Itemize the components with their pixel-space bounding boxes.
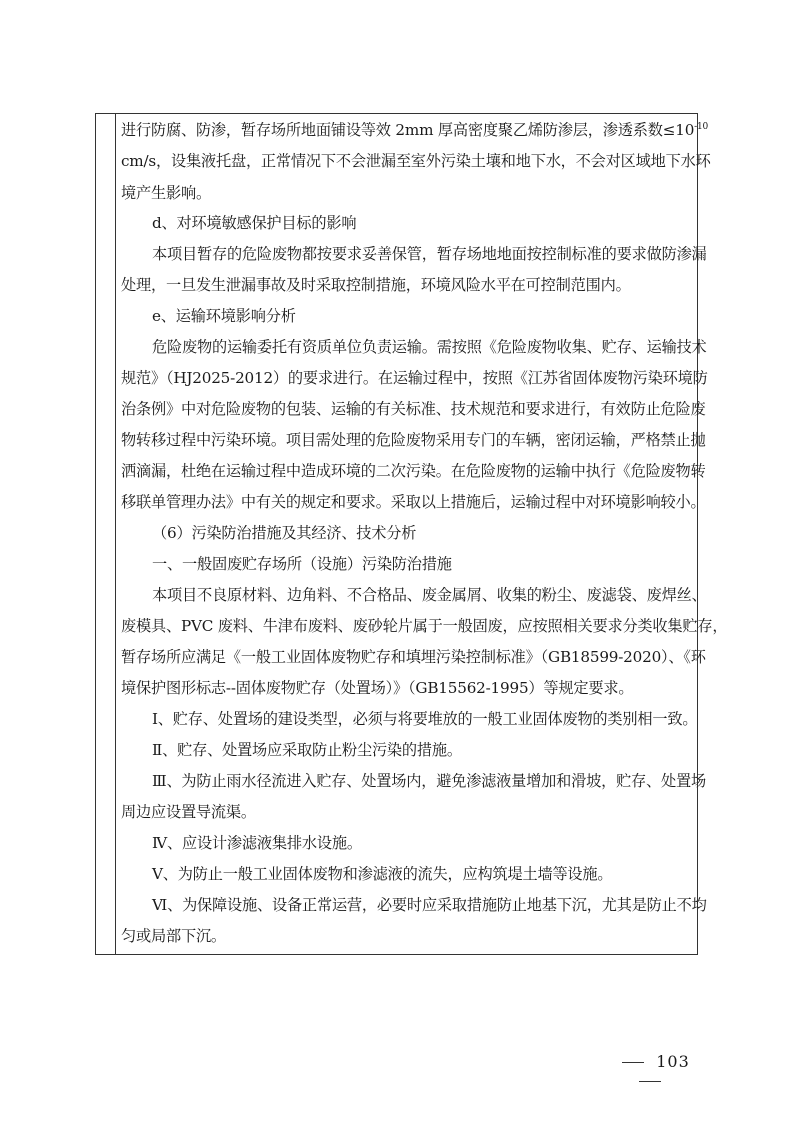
text-line: 境保护图形标志--固体废物贮存（处置场）》（GB15562-1995）等规定要求…	[121, 678, 689, 698]
list-item-4: Ⅳ、应设计渗滤液集排水设施。	[121, 833, 689, 853]
list-item-1: Ⅰ、贮存、处置场的建设类型，必须与将要堆放的一般工业固体废物的类别相一致。	[121, 709, 689, 729]
section-heading-6: （6）污染防治措施及其经济、技术分析	[121, 523, 689, 543]
table-left-column	[96, 114, 116, 954]
text-line: 洒滴漏，杜绝在运输过程中造成环境的二次污染。在危险废物的运输中执行《危险废物转	[121, 461, 689, 481]
page-number-value: 103	[656, 1052, 690, 1071]
list-item-6: Ⅵ、为保障设施、设备正常运营，必要时应采取措施防止地基下沉，尤其是防止不均	[121, 895, 689, 915]
list-item-3: Ⅲ、为防止雨水径流进入贮存、处置场内，避免渗滤液量增加和滑坡，贮存、处置场	[121, 771, 689, 791]
content-table: 进行防腐、防渗，暂存场所地面铺设等效 2mm 厚高密度聚乙烯防渗层，渗透系数≤1…	[95, 113, 698, 955]
text-line: 匀或局部下沉。	[121, 926, 689, 946]
text-line: 暂存场所应满足《一般工业固体废物贮存和填埋污染控制标准》（GB18599-202…	[121, 647, 689, 667]
text-line: 本项目暂存的危险废物都按要求妥善保管，暂存场地地面按控制标准的要求做防渗漏	[121, 244, 689, 264]
text-line: 进行防腐、防渗，暂存场所地面铺设等效 2mm 厚高密度聚乙烯防渗层，渗透系数≤1…	[121, 120, 689, 140]
text-line: 治条例》中对危险废物的包装、运输的有关标准、技术规范和要求进行，有效防止危险废	[121, 399, 689, 419]
text-line: 危险废物的运输委托有资质单位负责运输。需按照《危险废物收集、贮存、运输技术	[121, 337, 689, 357]
section-heading-d: d、对环境敏感保护目标的影响	[121, 213, 689, 233]
text-line: cm/s，设集液托盘，正常情况下不会泄漏至室外污染土壤和地下水，不会对区域地下水…	[121, 151, 689, 171]
text-line: 废模具、PVC 废料、牛津布废料、废砂轮片属于一般固废，应按照相关要求分类收集贮…	[121, 616, 689, 636]
page-number: 103	[600, 1052, 700, 1090]
dash-right	[639, 1081, 661, 1082]
subsection-heading: 一、一般固废贮存场所（设施）污染防治措施	[121, 554, 689, 574]
text-line: 移联单管理办法》中有关的规定和要求。采取以上措施后，运输过程中对环境影响较小。	[121, 492, 689, 512]
list-item-5: Ⅴ、为防止一般工业固体废物和渗滤液的流失，应构筑堤土墙等设施。	[121, 864, 689, 884]
text-line: 规范》（HJ2025-2012）的要求进行。在运输过程中，按照《江苏省固体废物污…	[121, 368, 689, 388]
text-line: 物转移过程中污染环境。项目需处理的危险废物采用专门的车辆，密闭运输，严格禁止抛	[121, 430, 689, 450]
text-line: 境产生影响。	[121, 183, 689, 203]
text-line: 处理，一旦发生泄漏事故及时采取控制措施，环境风险水平在可控制范围内。	[121, 275, 689, 295]
list-item-2: Ⅱ、贮存、处置场应采取防止粉尘污染的措施。	[121, 740, 689, 760]
section-heading-e: e、运输环境影响分析	[121, 306, 689, 326]
dash-left	[622, 1062, 644, 1063]
text-line: 本项目不良原材料、边角料、不合格品、废金属屑、收集的粉尘、废滤袋、废焊丝、	[121, 585, 689, 605]
text-line: 周边应设置导流渠。	[121, 802, 689, 822]
